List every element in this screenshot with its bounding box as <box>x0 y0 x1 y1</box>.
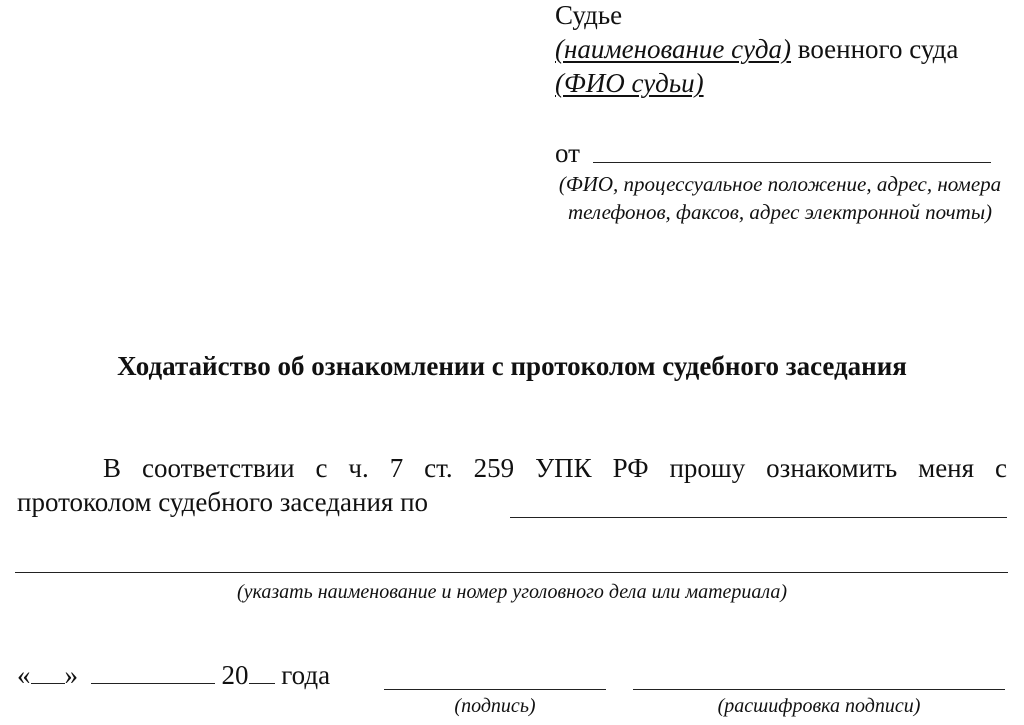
date-quote-open: « <box>17 660 31 690</box>
date-field: «» 20 года <box>17 660 330 690</box>
addressee-judge-label: Судье <box>555 0 622 30</box>
body-line1-text: В соответствии с ч. 7 ст. 259 УПК РФ про… <box>103 453 1007 483</box>
case-fill-line-2[interactable] <box>15 572 1008 573</box>
addressee-court-line: (наименование суда) военного суда <box>555 34 958 64</box>
year-prefix: 20 <box>222 660 249 690</box>
document-title: Ходатайство об ознакомлении с протоколом… <box>0 351 1024 381</box>
signature-decoding-hint: (расшифровка подписи) <box>633 694 1005 718</box>
body-paragraph-line1: В соответствии с ч. 7 ст. 259 УПК РФ про… <box>17 453 1007 483</box>
judge-fio-placeholder[interactable]: (ФИО судьи) <box>555 68 704 98</box>
body-paragraph-line2: протоколом судебного заседания по <box>17 487 428 517</box>
year-suffix: года <box>281 660 330 690</box>
applicant-fill-line[interactable] <box>593 162 991 163</box>
date-quote-close: » <box>65 660 79 690</box>
signature-decoding-fill-line[interactable] <box>633 689 1005 690</box>
signature-fill-line[interactable] <box>384 689 606 690</box>
month-fill-line[interactable] <box>91 661 215 684</box>
case-hint: (указать наименование и номер уголовного… <box>0 580 1024 604</box>
applicant-hint: (ФИО, процессуальное положение, адрес, н… <box>550 170 1010 226</box>
signature-hint: (подпись) <box>384 694 606 718</box>
applicant-from-label: от <box>555 138 580 168</box>
year-fill-line[interactable] <box>249 661 275 684</box>
court-name-placeholder[interactable]: (наименование суда) <box>555 34 791 64</box>
day-fill-line[interactable] <box>31 661 65 684</box>
case-fill-line-1[interactable] <box>510 517 1007 518</box>
court-suffix: военного суда <box>791 34 958 64</box>
